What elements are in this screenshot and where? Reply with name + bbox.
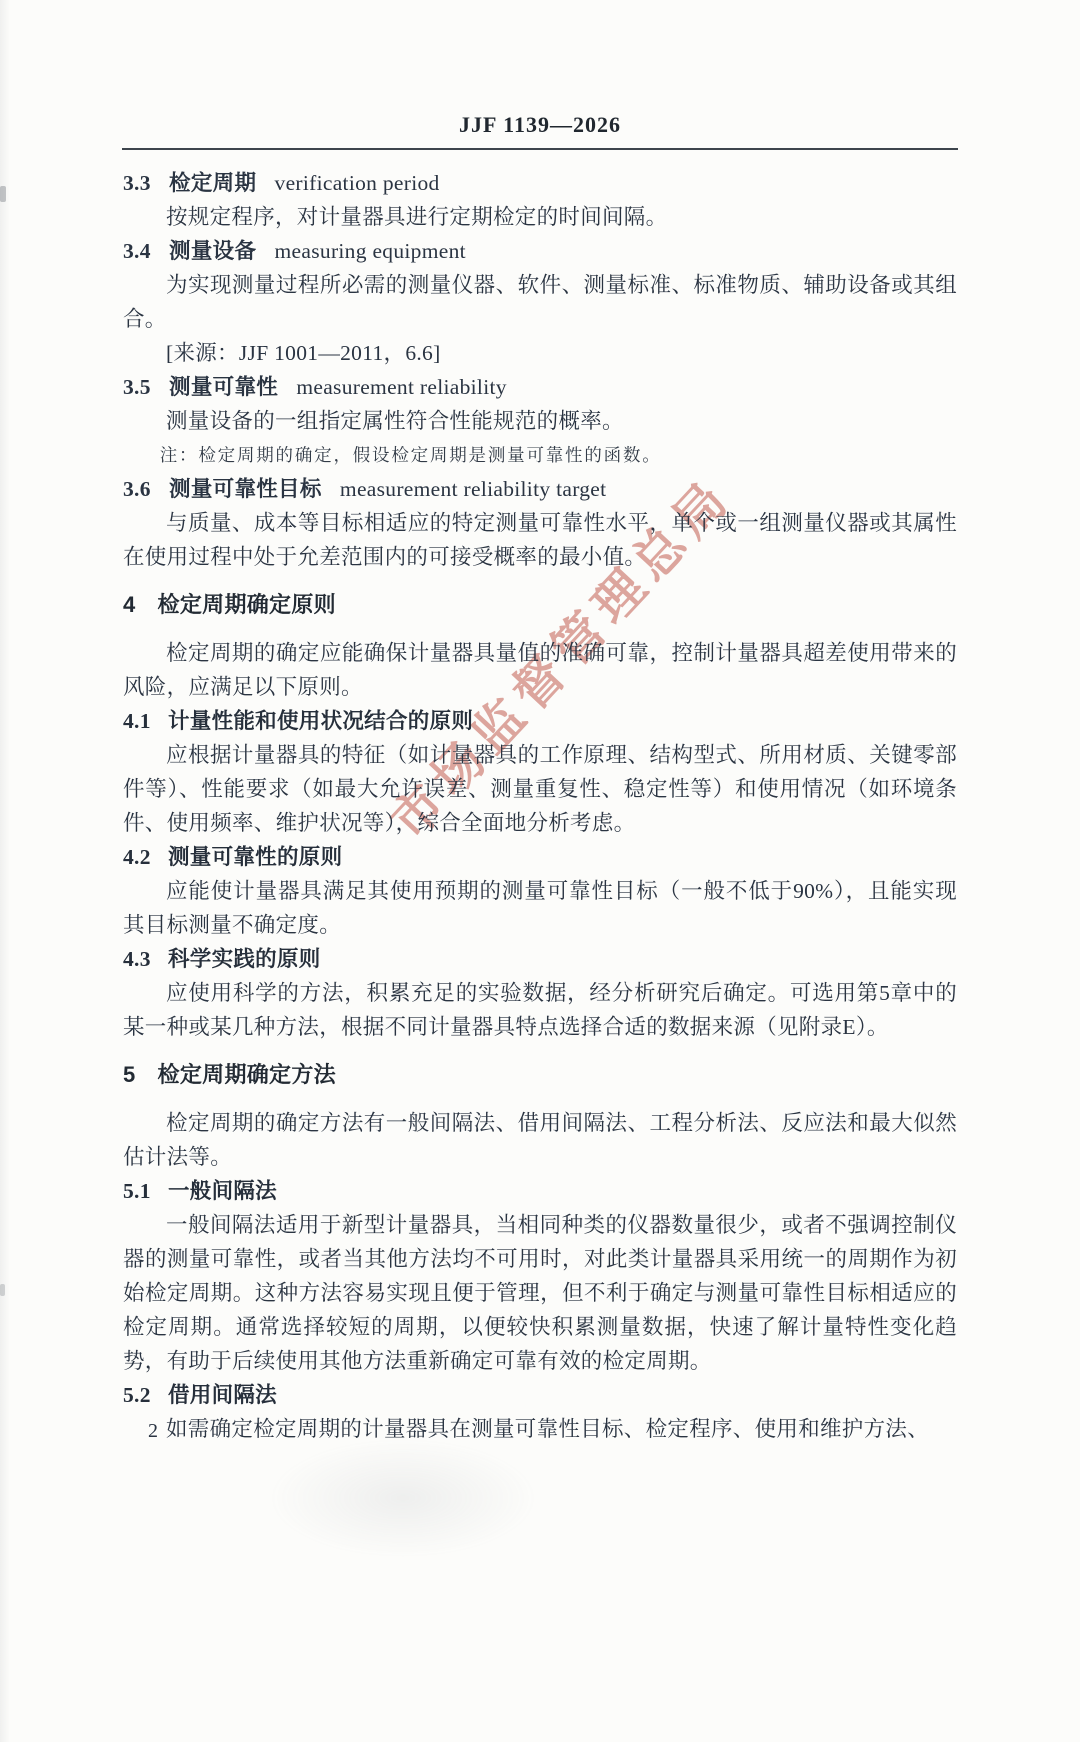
document-content: 3.3检定周期verification period 按规定程序，对计量器具进行…	[123, 166, 957, 1446]
clause-number: 4.3	[123, 947, 151, 971]
definition-paragraph: 测量设备的一组指定属性符合性能规范的概率。	[123, 404, 957, 438]
source-reference: [来源：JJF 1001—2011，6.6]	[123, 336, 957, 370]
term-heading-3-6: 3.6测量可靠性目标measurement reliability target	[123, 472, 957, 506]
clause-number: 5.1	[123, 1179, 151, 1203]
clause-number: 3.5	[123, 375, 151, 399]
term-en: measurement reliability target	[340, 477, 607, 501]
clause-number: 3.6	[123, 477, 151, 501]
document-page: JJF 1139—2026 市场监督管理总局 3.3检定周期verificati…	[0, 0, 1080, 1742]
definition-paragraph: 与质量、成本等目标相适应的特定测量可靠性水平，单个或一组测量仪器或其属性在使用过…	[123, 506, 957, 574]
sub-heading-4-2: 4.2测量可靠性的原则	[123, 840, 957, 874]
sub-title: 计量性能和使用状况结合的原则	[168, 709, 473, 733]
body-paragraph: 如需确定检定周期的计量器具在测量可靠性目标、检定程序、使用和维护方法、	[123, 1412, 957, 1446]
chapter-number: 5	[123, 1062, 136, 1087]
term-heading-3-4: 3.4测量设备measuring equipment	[123, 234, 957, 268]
clause-number: 3.4	[123, 239, 151, 263]
sub-title: 测量可靠性的原则	[168, 845, 342, 869]
chapter-title: 检定周期确定原则	[158, 592, 336, 617]
term-en: measuring equipment	[275, 239, 466, 263]
term-en: measurement reliability	[296, 375, 506, 399]
term-heading-3-3: 3.3检定周期verification period	[123, 166, 957, 200]
header-rule	[122, 148, 958, 150]
faded-stamp-smudge	[268, 1438, 538, 1558]
term-zh: 测量设备	[169, 239, 256, 263]
chapter-title: 检定周期确定方法	[158, 1062, 336, 1087]
sub-heading-4-1: 4.1计量性能和使用状况结合的原则	[123, 704, 957, 738]
body-paragraph: 应根据计量器具的特征（如计量器具的工作原理、结构型式、所用材质、关键零部件等）、…	[123, 738, 957, 840]
term-zh: 测量可靠性目标	[169, 477, 322, 501]
body-paragraph: 应能使计量器具满足其使用预期的测量可靠性目标（一般不低于90%），且能实现其目标…	[123, 874, 957, 942]
term-heading-3-5: 3.5测量可靠性measurement reliability	[123, 370, 957, 404]
clause-number: 4.1	[123, 709, 151, 733]
term-en: verification period	[275, 171, 440, 195]
sub-heading-4-3: 4.3科学实践的原则	[123, 942, 957, 976]
sub-title: 一般间隔法	[168, 1179, 277, 1203]
term-zh: 检定周期	[169, 171, 256, 195]
chapter-number: 4	[123, 592, 136, 617]
sub-title: 科学实践的原则	[168, 947, 321, 971]
clause-number: 3.3	[123, 171, 151, 195]
clause-number: 5.2	[123, 1383, 151, 1407]
page-number: 2	[148, 1420, 158, 1443]
note-line: 注：检定周期的确定，假设检定周期是测量可靠性的函数。	[123, 438, 957, 472]
body-paragraph: 检定周期的确定应能确保计量器具量值的准确可靠，控制计量器具超差使用带来的风险，应…	[123, 636, 957, 704]
page-header-standard-number: JJF 1139—2026	[0, 112, 1080, 138]
body-paragraph: 一般间隔法适用于新型计量器具，当相同种类的仪器数量很少，或者不强调控制仪器的测量…	[123, 1208, 957, 1378]
sub-title: 借用间隔法	[168, 1383, 277, 1407]
definition-paragraph: 为实现测量过程所必需的测量仪器、软件、测量标准、标准物质、辅助设备或其组合。	[123, 268, 957, 336]
scan-speck	[0, 186, 6, 202]
clause-number: 4.2	[123, 845, 151, 869]
sub-heading-5-1: 5.1一般间隔法	[123, 1174, 957, 1208]
scan-edge-shading	[0, 0, 10, 1742]
scan-speck	[0, 1284, 5, 1296]
term-zh: 测量可靠性	[169, 375, 278, 399]
sub-heading-5-2: 5.2借用间隔法	[123, 1378, 957, 1412]
chapter-heading-4: 4检定周期确定原则	[123, 588, 957, 622]
body-paragraph: 检定周期的确定方法有一般间隔法、借用间隔法、工程分析法、反应法和最大似然估计法等…	[123, 1106, 957, 1174]
body-paragraph: 应使用科学的方法，积累充足的实验数据，经分析研究后确定。可选用第5章中的某一种或…	[123, 976, 957, 1044]
chapter-heading-5: 5检定周期确定方法	[123, 1058, 957, 1092]
definition-paragraph: 按规定程序，对计量器具进行定期检定的时间间隔。	[123, 200, 957, 234]
